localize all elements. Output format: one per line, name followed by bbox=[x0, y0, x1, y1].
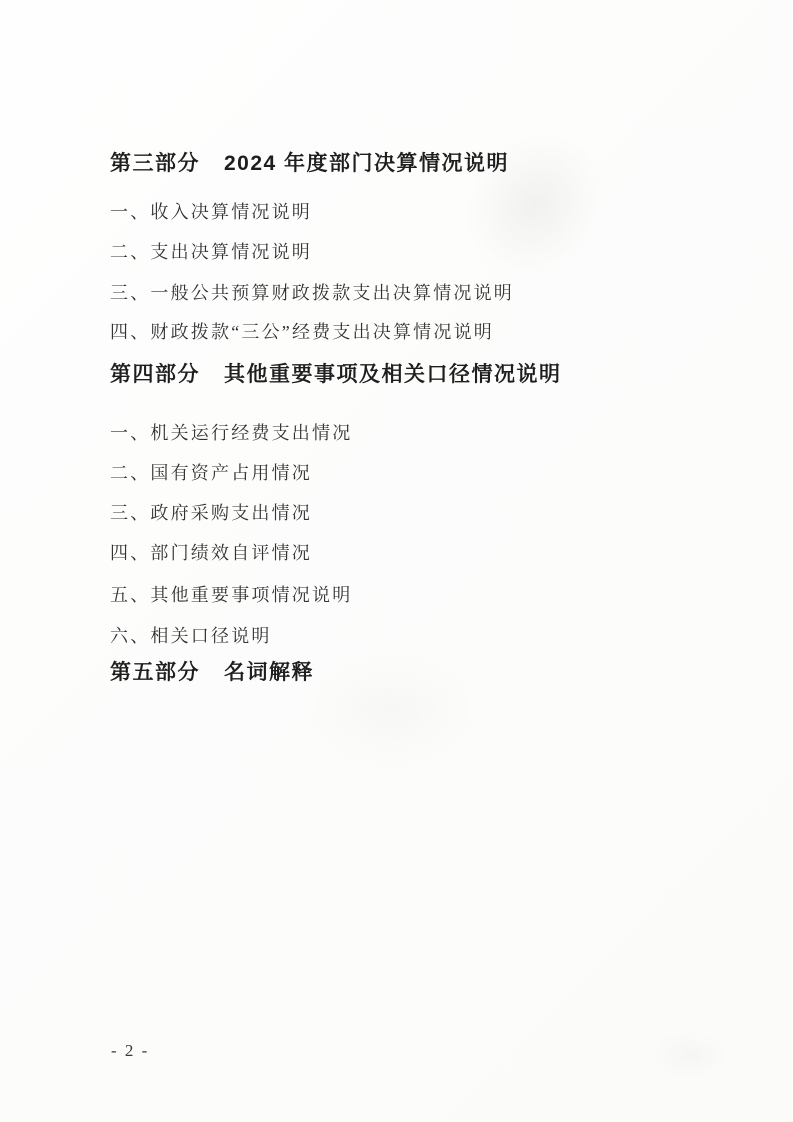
toc-item: 一、收入决算情况说明 bbox=[110, 200, 312, 224]
section-title: 2024 年度部门决算情况说明 bbox=[224, 152, 509, 175]
scan-smudge-artifact bbox=[300, 650, 480, 770]
section-label: 第四部分 bbox=[110, 363, 200, 386]
toc-item: 六、相关口径说明 bbox=[110, 624, 272, 648]
toc-item: 二、国有资产占用情况 bbox=[110, 461, 312, 485]
scan-smudge-artifact bbox=[438, 106, 633, 304]
section-heading-part4: 第四部分其他重要事项及相关口径情况说明 bbox=[110, 362, 562, 388]
toc-item: 三、政府采购支出情况 bbox=[110, 501, 312, 525]
toc-item: 三、一般公共预算财政拨款支出决算情况说明 bbox=[110, 281, 514, 305]
toc-item: 四、部门绩效自评情况 bbox=[110, 541, 312, 565]
section-title: 名词解释 bbox=[224, 661, 314, 684]
section-label: 第三部分 bbox=[110, 152, 200, 175]
section-title: 其他重要事项及相关口径情况说明 bbox=[224, 363, 562, 386]
toc-item: 四、财政拨款“三公”经费支出决算情况说明 bbox=[110, 320, 494, 344]
section-label: 第五部分 bbox=[110, 661, 200, 684]
toc-item: 二、支出决算情况说明 bbox=[110, 240, 312, 264]
toc-item: 五、其他重要事项情况说明 bbox=[110, 583, 352, 607]
toc-item: 一、机关运行经费支出情况 bbox=[110, 421, 352, 445]
document-page: 第三部分2024 年度部门决算情况说明 一、收入决算情况说明 二、支出决算情况说… bbox=[0, 0, 793, 1122]
page-number: - 2 - bbox=[111, 1041, 149, 1061]
section-heading-part3: 第三部分2024 年度部门决算情况说明 bbox=[110, 151, 509, 177]
scan-smudge-artifact bbox=[650, 1030, 730, 1080]
section-heading-part5: 第五部分名词解释 bbox=[110, 660, 314, 686]
